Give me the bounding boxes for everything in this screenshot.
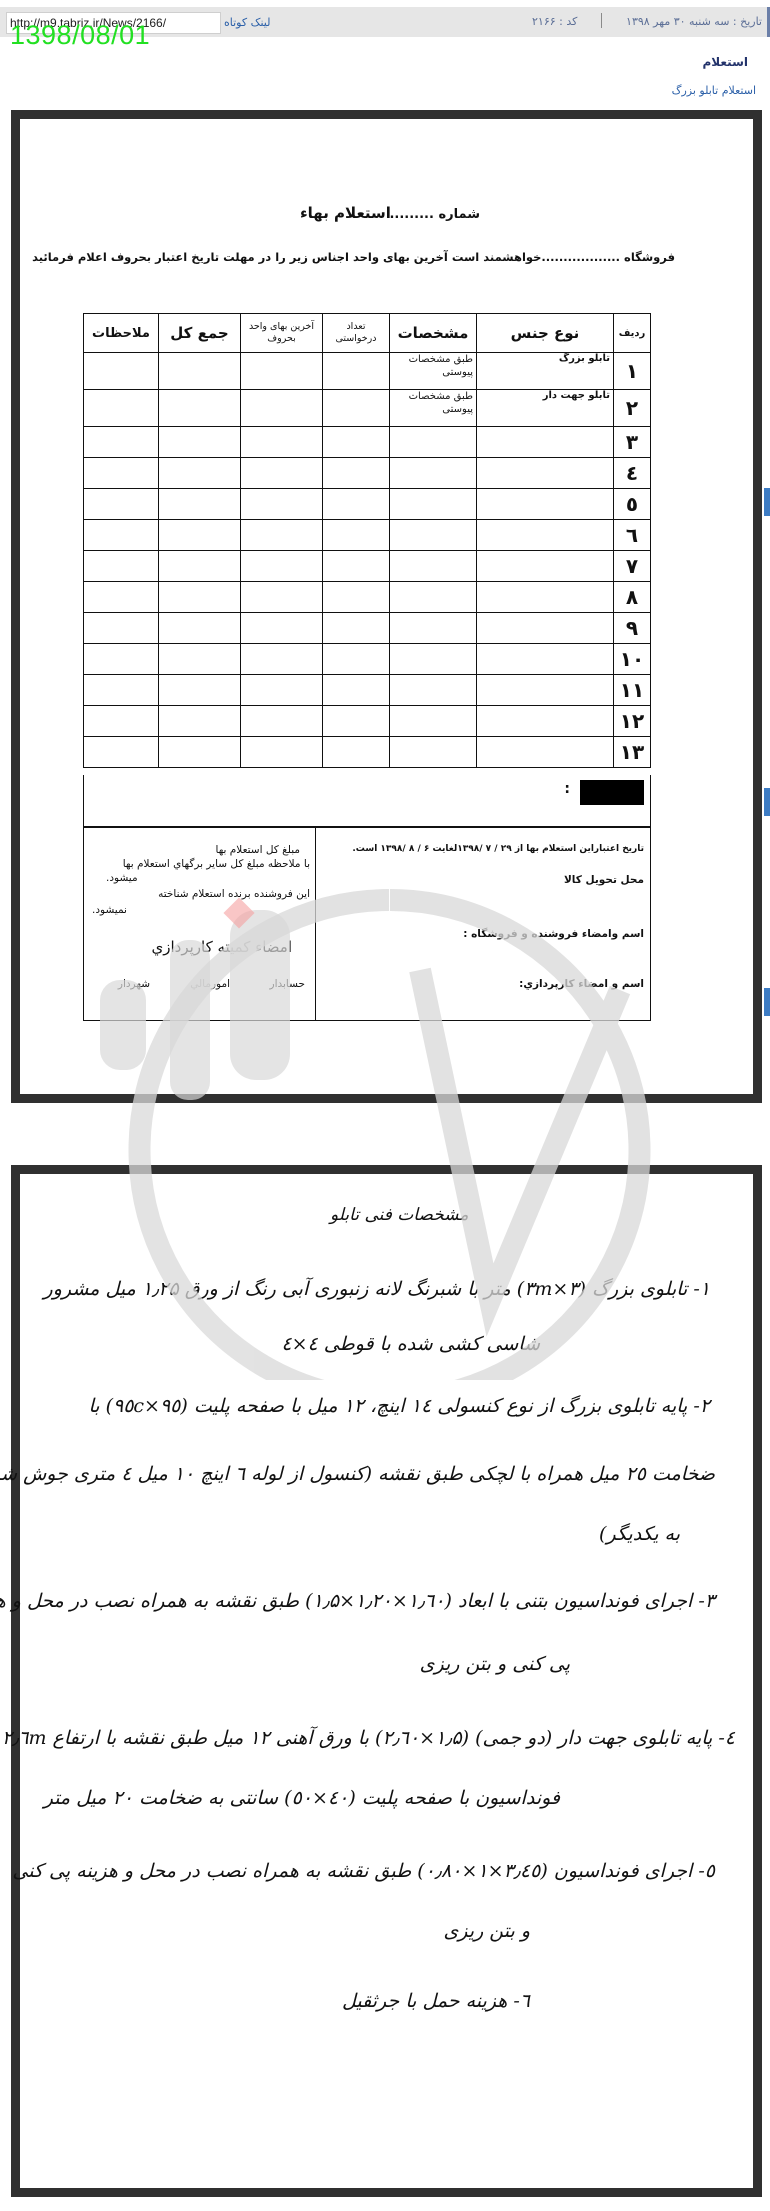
spec-line: ٦- هزینه حمل با جرثقیل [342, 1990, 530, 2012]
scroll-marker [764, 788, 770, 816]
signer-mayor: شهردار [118, 978, 150, 990]
item-spec: طبق مشخصات پیوستی [390, 390, 477, 427]
spec-line: و بتن ریزی [443, 1920, 530, 1942]
redacted-label [580, 780, 644, 805]
row-number: ۹ [614, 613, 651, 644]
item-name: تابلو بزرگ [477, 353, 614, 390]
news-code: کد : ۲۱۶۶ [532, 15, 577, 28]
form-title: استعلام بهاء [300, 204, 391, 222]
row-number: ۱۱ [614, 675, 651, 706]
table-row: ۸ [84, 582, 651, 613]
spec-line: به یکدیگر) [599, 1523, 680, 1545]
row-number: ۲ [614, 390, 651, 427]
row-number: ۷ [614, 551, 651, 582]
amount-title: مبلغ کل استعلام بها [216, 844, 301, 856]
table-row: ٦ [84, 520, 651, 551]
row-number: ۱ [614, 353, 651, 390]
col-item: نوع جنس [477, 314, 614, 353]
item-name: تابلو جهت دار [477, 390, 614, 427]
form-number: شماره ......... [389, 207, 480, 222]
spec-line: ٤- پایه تابلوی جهت دار (دو جمی) (۱٫۵×۲٫٦… [0, 1727, 735, 1749]
signer-finance: امورمالي [190, 978, 230, 990]
winner-note: این فروشنده برنده استعلام شناخته [158, 888, 310, 900]
category-title[interactable]: استعلام [703, 55, 749, 69]
spec-line: ضخامت ۲٥ میل همراه با لچکی طبق نقشه (کنس… [0, 1463, 715, 1485]
procurement-signature-label: اسم و امضاء کارپردازي: [519, 978, 644, 990]
validity-text: تاریخ اعتباراین استعلام بها از ۲۹ / ۷ /۱… [352, 844, 644, 854]
col-row: ردیف [614, 314, 651, 353]
table-row: ۱۱ [84, 675, 651, 706]
document-page-2 [11, 1165, 762, 2197]
date-stamp-overlay: 1398/08/01 [10, 20, 150, 51]
col-spec: مشخصات [390, 314, 477, 353]
table-row: ۱۰ [84, 644, 651, 675]
spec-line: ۱- تابلوی بزرگ (۳×۳m) متر با شبرنگ لانه … [44, 1278, 710, 1300]
spec-line: پی کنی و بتن ریزی [420, 1653, 570, 1675]
row-number: ۳ [614, 427, 651, 458]
footer-divider [315, 828, 316, 1020]
table-row: ٥ [84, 489, 651, 520]
col-notes: ملاحظات [84, 314, 159, 353]
total-row: : [83, 775, 651, 827]
table-row: ۱ تابلو بزرگ طبق مشخصات پیوستی [84, 353, 651, 390]
spec-line: ۳- اجرای فونداسیون بتنی با ابعاد (۱٫٦۰×۱… [0, 1590, 715, 1612]
col-total: جمع کل [159, 314, 241, 353]
row-number: ٥ [614, 489, 651, 520]
item-spec: طبق مشخصات پیوستی [390, 353, 477, 390]
table-row: ۳ [84, 427, 651, 458]
short-link-label[interactable]: لینک کوتاه [224, 16, 270, 29]
committee-signature-title: امضاء کمیته کارپردازي [151, 938, 292, 956]
scroll-marker [764, 988, 770, 1016]
row-number: ٦ [614, 520, 651, 551]
spec-line: شاسی کشی شده با قوطی ٤×٤ [281, 1333, 540, 1355]
price-table: ردیف نوع جنس مشخصات تعداد درخواستی آخرین… [83, 313, 651, 768]
spec-line: ٥- اجرای فونداسیون (۳٫٤٥×۱×۰٫۸۰) طبق نقش… [12, 1860, 715, 1882]
spec-line: فونداسیون با صفحه پلیت (٤۰×٥۰) سانتی به … [44, 1787, 560, 1809]
total-colon: : [564, 781, 570, 797]
scroll-marker [764, 488, 770, 516]
table-row: ۲ تابلو جهت دار طبق مشخصات پیوستی [84, 390, 651, 427]
row-number: ۱۳ [614, 737, 651, 768]
spec-line: ۲- پایه تابلوی بزرگ از نوع کنسولی ۱٤ این… [88, 1395, 710, 1417]
form-footer: تاریخ اعتباراین استعلام بها از ۲۹ / ۷ /۱… [83, 827, 651, 1021]
table-row: ٤ [84, 458, 651, 489]
col-unit-price: آخرین بهای واحد بحروف [241, 314, 323, 353]
row-number: ۱۲ [614, 706, 651, 737]
col-qty: تعداد درخواستی [323, 314, 390, 353]
seller-signature-label: اسم وامضاء فروشنده و فروشگاه : [463, 928, 644, 940]
row-number: ٤ [614, 458, 651, 489]
amount-note: با ملاحظه مبلغ کل سایر برگهاي استعلام به… [123, 858, 310, 870]
news-title: استعلام تابلو بزرگ [672, 84, 756, 97]
row-number: ۱۰ [614, 644, 651, 675]
table-row: ۱۲ [84, 706, 651, 737]
row-number: ۸ [614, 582, 651, 613]
meta-separator [601, 13, 602, 28]
table-row: ۹ [84, 613, 651, 644]
news-date: تاریخ : سه شنبه ۳۰ مهر ۱۳۹۸ [626, 15, 762, 28]
table-row: ۷ [84, 551, 651, 582]
table-row: ۱۳ [84, 737, 651, 768]
winner-note-end: نمیشود. [92, 904, 127, 916]
form-request-text: فروشگاه ..................خواهشمند است آ… [32, 250, 675, 264]
signer-accountant: حسابدار [270, 978, 305, 990]
specs-title: مشخصات فنی تابلو [330, 1205, 468, 1225]
amount-note-end: میشود. [106, 872, 138, 884]
delivery-place-label: محل تحویل کالا [564, 874, 644, 886]
